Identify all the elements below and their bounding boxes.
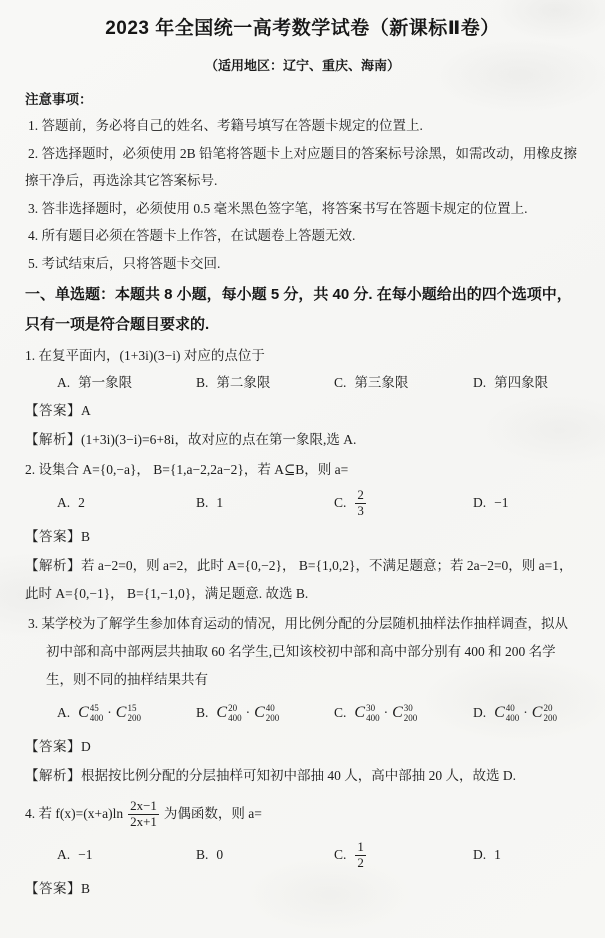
analysis-tag: 【解析】 xyxy=(25,768,81,783)
option-text: −1 xyxy=(78,842,92,868)
combination-symbol: C15200 xyxy=(116,700,141,726)
fraction-denominator: 2x+1 xyxy=(128,815,159,830)
question-3-stem: 3. 某学校为了解学生参加体育运动的情况，用比例分配的分层随机抽样法作抽样调查，… xyxy=(46,610,580,694)
stem-text-after-fraction: 为偶函数，则 a= xyxy=(164,804,262,824)
option-text: 第一象限 xyxy=(78,370,132,396)
combination-sup: 40 xyxy=(506,703,520,713)
notice-item-5: 5. 考试结束后，只将答题卡交回. xyxy=(25,250,580,278)
option-label: B. xyxy=(196,700,208,726)
region-note: （适用地区：辽宁、重庆、海南） xyxy=(25,57,580,75)
answer-tag: 【答案】 xyxy=(25,881,81,896)
analysis-text: (1+3i)(3−i)=6+8i，故对应的点在第一象限,选 A. xyxy=(81,432,356,447)
combination-symbol: C30200 xyxy=(392,700,417,726)
combination-symbol: C30400 xyxy=(354,700,379,726)
option-label: B. xyxy=(196,490,208,516)
combination-sup: 40 xyxy=(266,703,280,713)
combination-sup: 20 xyxy=(228,703,242,713)
question-4-stem: 4. 若 f(x)=(x+a)ln 2x−12x+1 为偶函数，则 a= xyxy=(25,792,580,836)
combination-sub: 200 xyxy=(543,713,557,723)
analysis-tag: 【解析】 xyxy=(25,558,81,573)
combination-letter: C xyxy=(494,700,505,726)
q2-option-d: D.−1 xyxy=(473,490,580,516)
option-label: D. xyxy=(473,842,486,868)
question-3: 3. 某学校为了解学生参加体育运动的情况，用比例分配的分层随机抽样法作抽样调查，… xyxy=(25,610,580,790)
fraction: 2x−12x+1 xyxy=(128,799,159,830)
q4-option-b: B.0 xyxy=(196,842,334,868)
combination-sub: 400 xyxy=(366,713,380,723)
stem-text-before-fraction: 4. 若 f(x)=(x+a)ln xyxy=(25,804,123,824)
combination-sub: 400 xyxy=(228,713,242,723)
combination-sup: 30 xyxy=(366,703,380,713)
question-1: 1. 在复平面内，(1+3i)(3−i) 对应的点位于 A.第一象限 B.第二象… xyxy=(25,342,580,454)
combination-indices: 30400 xyxy=(366,703,380,724)
paper-title: 2023 年全国统一高考数学试卷（新课标Ⅱ卷） xyxy=(25,16,580,42)
question-2-stem: 2. 设集合 A={0,−a}， B={1,a−2,2a−2}，若 A⊆B，则 … xyxy=(25,456,580,484)
option-text: 0 xyxy=(216,842,223,868)
option-label: D. xyxy=(473,370,486,396)
q2-option-b: B.1 xyxy=(196,490,334,516)
combination-sup: 45 xyxy=(90,703,104,713)
combination-sub: 200 xyxy=(404,713,418,723)
option-text: −1 xyxy=(494,490,508,516)
section-one-heading: 一、单选题：本题共 8 小题，每小题 5 分，共 40 分. 在每小题给出的四个… xyxy=(25,280,580,340)
notice-item-1: 1. 答题前，务必将自己的姓名、考籍号填写在答题卡规定的位置上. xyxy=(25,112,580,140)
combination-sub: 400 xyxy=(506,713,520,723)
option-label: D. xyxy=(473,700,486,726)
question-1-stem: 1. 在复平面内，(1+3i)(3−i) 对应的点位于 xyxy=(25,342,580,370)
answer-tag: 【答案】 xyxy=(25,739,81,754)
option-label: C. xyxy=(334,490,346,516)
q1-answer-line: 【答案】A xyxy=(25,397,580,425)
question-4: 4. 若 f(x)=(x+a)ln 2x−12x+1 为偶函数，则 a= A.−… xyxy=(25,792,580,903)
combination-symbol: C40200 xyxy=(254,700,279,726)
fraction-numerator: 2 xyxy=(355,488,366,504)
q4-option-c: C.12 xyxy=(334,840,473,871)
combination-sub: 200 xyxy=(266,713,280,723)
option-label: B. xyxy=(196,370,208,396)
combination-indices: 20200 xyxy=(543,703,557,724)
q1-option-c: C.第三象限 xyxy=(334,370,473,396)
option-text: 第三象限 xyxy=(354,370,408,396)
answer-value: B xyxy=(81,881,90,896)
option-label: A. xyxy=(57,370,70,396)
combination-sup: 15 xyxy=(127,703,141,713)
option-label: C. xyxy=(334,700,346,726)
q1-option-b: B.第二象限 xyxy=(196,370,334,396)
q3-option-b: B. C20400 · C40200 xyxy=(196,700,334,726)
q1-option-a: A.第一象限 xyxy=(57,370,196,396)
combination-symbol: C40400 xyxy=(494,700,519,726)
fraction: 12 xyxy=(355,840,366,871)
answer-value: A xyxy=(81,403,91,418)
combination-letter: C xyxy=(78,700,89,726)
combination-letter: C xyxy=(254,700,265,726)
combination-letter: C xyxy=(216,700,227,726)
q3-answer-line: 【答案】D xyxy=(25,733,580,761)
q1-option-d: D.第四象限 xyxy=(473,370,580,396)
q4-option-d: D.1 xyxy=(473,842,580,868)
answer-tag: 【答案】 xyxy=(25,403,81,418)
combination-indices: 20400 xyxy=(228,703,242,724)
notice-heading: 注意事项： xyxy=(25,88,580,112)
option-label: D. xyxy=(473,490,486,516)
fraction-numerator: 2x−1 xyxy=(128,799,159,815)
combination-letter: C xyxy=(532,700,543,726)
q2-option-a: A.2 xyxy=(57,490,196,516)
q4-option-a: A.−1 xyxy=(57,842,196,868)
analysis-text: 根据按比例分配的分层抽样可知初中部抽 40 人，高中部抽 20 人，故选 D. xyxy=(81,768,516,783)
fraction-denominator: 2 xyxy=(355,856,366,871)
notice-section: 注意事项： 1. 答题前，务必将自己的姓名、考籍号填写在答题卡规定的位置上. 2… xyxy=(25,88,580,277)
answer-value: B xyxy=(81,529,90,544)
multiplication-dot: · xyxy=(384,700,389,726)
notice-item-3: 3. 答非选择题时，必须使用 0.5 毫米黑色签字笔，将答案书写在答题卡规定的位… xyxy=(25,195,580,223)
q3-option-a: A. C45400 · C15200 xyxy=(57,700,196,726)
combination-symbol: C45400 xyxy=(78,700,103,726)
combination-sup: 20 xyxy=(543,703,557,713)
option-text: 2 xyxy=(78,490,85,516)
question-2-options: A.2 B.1 C.23 D.−1 xyxy=(57,484,580,522)
combination-indices: 40200 xyxy=(266,703,280,724)
combination-sub: 200 xyxy=(127,713,141,723)
combination-indices: 15200 xyxy=(127,703,141,724)
question-1-options: A.第一象限 B.第二象限 C.第三象限 D.第四象限 xyxy=(57,370,580,396)
q3-option-d: D. C40400 · C20200 xyxy=(473,700,580,726)
question-4-options: A.−1 B.0 C.12 D.1 xyxy=(57,836,580,874)
answer-value: D xyxy=(81,739,91,754)
option-label: A. xyxy=(57,490,70,516)
multiplication-dot: · xyxy=(107,700,112,726)
fraction: 23 xyxy=(355,488,366,519)
combination-indices: 45400 xyxy=(90,703,104,724)
multiplication-dot: · xyxy=(523,700,528,726)
notice-item-2: 2. 答选择题时，必须使用 2B 铅笔将答题卡上对应题目的答案标号涂黑，如需改动… xyxy=(25,140,580,195)
fraction-denominator: 3 xyxy=(355,504,366,519)
option-label: B. xyxy=(196,842,208,868)
option-text: 第四象限 xyxy=(494,370,548,396)
combination-letter: C xyxy=(116,700,127,726)
option-label: A. xyxy=(57,700,70,726)
option-label: C. xyxy=(334,842,346,868)
option-label: C. xyxy=(334,370,346,396)
combination-sup: 30 xyxy=(404,703,418,713)
q4-answer-line: 【答案】B xyxy=(25,875,580,903)
combination-letter: C xyxy=(354,700,365,726)
q3-option-c: C. C30400 · C30200 xyxy=(334,700,473,726)
q2-option-c: C.23 xyxy=(334,488,473,519)
question-3-options: A. C45400 · C15200 B. C20400 · C40200 C.… xyxy=(57,694,580,732)
combination-indices: 30200 xyxy=(404,703,418,724)
combination-letter: C xyxy=(392,700,403,726)
combination-symbol: C20200 xyxy=(532,700,557,726)
combination-symbol: C20400 xyxy=(216,700,241,726)
option-text: 第二象限 xyxy=(216,370,270,396)
combination-indices: 40400 xyxy=(506,703,520,724)
q1-analysis-line: 【解析】(1+3i)(3−i)=6+8i，故对应的点在第一象限,选 A. xyxy=(25,426,580,454)
option-label: A. xyxy=(57,842,70,868)
q2-answer-line: 【答案】B xyxy=(25,523,580,551)
q3-analysis-line: 【解析】根据按比例分配的分层抽样可知初中部抽 40 人，高中部抽 20 人，故选… xyxy=(25,762,580,790)
notice-item-4: 4. 所有题目必须在答题卡上作答，在试题卷上答题无效. xyxy=(25,222,580,250)
question-2: 2. 设集合 A={0,−a}， B={1,a−2,2a−2}，若 A⊆B，则 … xyxy=(25,456,580,608)
combination-sub: 400 xyxy=(90,713,104,723)
analysis-tag: 【解析】 xyxy=(25,432,81,447)
option-text: 1 xyxy=(216,490,223,516)
answer-tag: 【答案】 xyxy=(25,529,81,544)
option-text: 1 xyxy=(494,842,501,868)
q2-analysis-line: 【解析】若 a−2=0，则 a=2，此时 A={0,−2}， B={1,0,2}… xyxy=(25,552,580,608)
multiplication-dot: · xyxy=(246,700,251,726)
exam-paper-page: 2023 年全国统一高考数学试卷（新课标Ⅱ卷） （适用地区：辽宁、重庆、海南） … xyxy=(0,0,605,938)
analysis-text: 若 a−2=0，则 a=2，此时 A={0,−2}， B={1,0,2}，不满足… xyxy=(25,558,573,601)
fraction-numerator: 1 xyxy=(355,840,366,856)
